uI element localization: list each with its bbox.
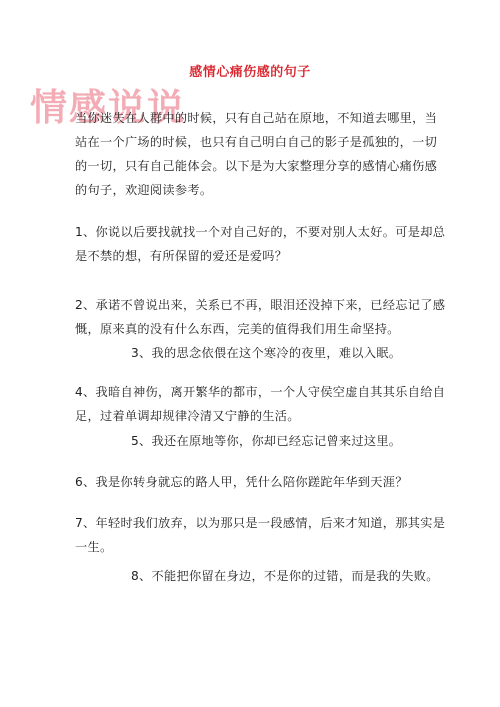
sentence-line: 足，过着单调却规律冷清又宁静的生活。 <box>75 408 427 424</box>
intro-line: 当你迷失在人群中的时候，只有自己站在原地，不知道去哪里，当 <box>75 110 427 126</box>
sentence-line: 慨，原来真的没有什么东西，完美的值得我们用生命坚持。 <box>75 321 427 337</box>
sentence-line: 7、年轻时我们放弃，以为那只是一段感情，后来才知道，那其实是 <box>75 515 427 531</box>
sentence-line: 一生。 <box>75 539 427 555</box>
sentence-line: 6、我是你转身就忘的路人甲，凭什么陪你蹉跎年华到天涯？ <box>75 474 427 490</box>
intro-line: 的句子，欢迎阅读参考。 <box>75 182 427 198</box>
sentence-line: 4、我暗自神伤，离开繁华的都市，一个人守侯空虚自其其乐自给自 <box>75 384 427 400</box>
intro-line: 站在一个广场的时候，也只有自己明白自己的影子是孤独的，一切 <box>75 134 427 150</box>
sentence-line: 5、我还在原地等你，你却已经忘记曾来过这里。 <box>131 433 483 449</box>
sentence-line: 是不禁的想，有所保留的爱还是爱吗？ <box>75 248 427 264</box>
sentence-line: 1、你说以后要找就找一个对自己好的，不要对别人太好。可是却总 <box>75 224 427 240</box>
page-title: 感情心痛伤感的句子 <box>0 61 500 80</box>
intro-line: 的一切，只有自己能体会。以下是为大家整理分享的感情心痛伤感 <box>75 158 427 174</box>
sentence-line: 8、不能把你留在身边，不是你的过错，而是我的失败。 <box>131 568 483 584</box>
sentence-line: 3、我的思念依偎在这个寒冷的夜里，难以入眠。 <box>131 345 483 361</box>
sentence-line: 2、承诺不曾说出来，关系已不再，眼泪还没掉下来，已经忘记了感 <box>75 297 427 313</box>
